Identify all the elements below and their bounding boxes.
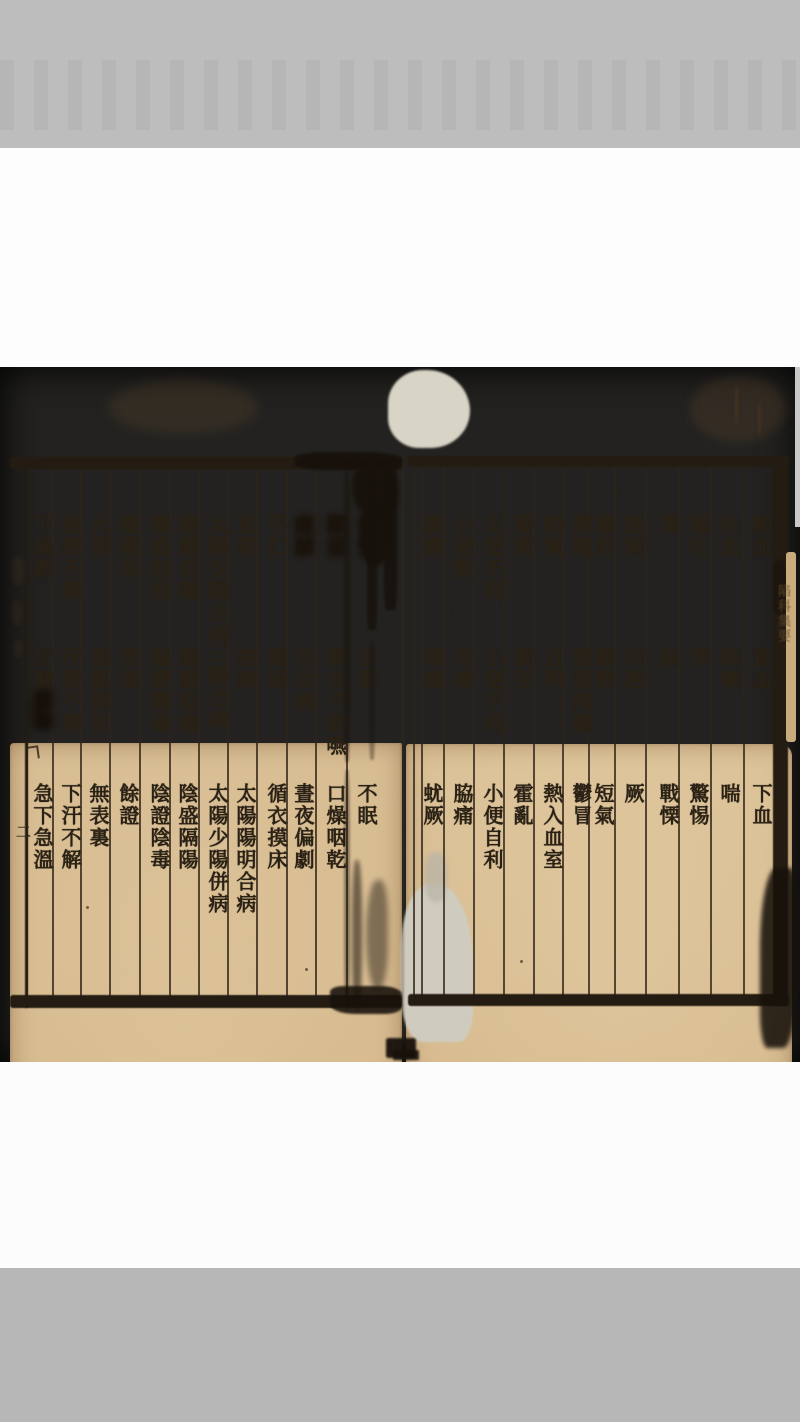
- ink-smear: [330, 986, 402, 1014]
- index-entry: 無表裏: [81, 783, 107, 849]
- index-entry: 嘔吐: [681, 514, 707, 558]
- index-entry: 勞復: [111, 647, 137, 691]
- ink-smear: [384, 460, 397, 610]
- index-entry: 陰盛隔陽: [170, 783, 196, 871]
- paper-stain: [690, 376, 786, 442]
- index-entry: 吐血: [712, 514, 738, 558]
- ink-smear: [344, 770, 350, 1010]
- index-entry: 痤諺: [286, 514, 312, 558]
- index-entry: 身痛: [445, 647, 471, 691]
- index-entry: 陽盛拒陰: [142, 514, 168, 602]
- folio-number: 二: [12, 824, 33, 839]
- index-entry: 發黃: [505, 514, 531, 558]
- column-rule: [139, 470, 141, 998]
- index-entry: 大邪: [81, 514, 107, 558]
- paper-speck: [142, 444, 145, 447]
- index-entry: 陰陽易: [111, 514, 137, 580]
- index-entry: 厥: [616, 783, 642, 805]
- index-entry: 太陽陽明合病: [228, 783, 254, 915]
- index-entry: 陰證似陽: [170, 514, 196, 602]
- index-entry: 瘈瘲: [564, 514, 590, 558]
- index-entry: 陰證陰毒: [142, 783, 168, 871]
- index-entry: 三陽合病: [200, 643, 226, 731]
- edge-bleed-mark: [12, 556, 24, 586]
- adjacent-leaf-edge: [786, 552, 796, 742]
- right-edge-sliver: [795, 367, 800, 527]
- index-entry: 太便不利: [475, 514, 501, 602]
- index-entry: 筋惕肉瞤: [564, 647, 590, 735]
- frame-border: [408, 456, 789, 467]
- paper-stain: [108, 380, 258, 434]
- index-entry: 自利: [535, 647, 561, 691]
- ink-smear: [367, 460, 377, 630]
- index-entry: 振: [651, 647, 677, 669]
- index-entry: 餘證: [111, 783, 137, 827]
- index-entry: 畜血: [744, 647, 770, 691]
- paper-speck: [668, 430, 671, 433]
- index-entry: 下後熱: [25, 514, 51, 580]
- index-entry: 熱入血室: [535, 783, 561, 871]
- paper-stain: [758, 402, 761, 436]
- paper-tear-patch: [388, 370, 470, 448]
- ink-smear: [760, 868, 796, 1048]
- column-rule: [678, 465, 680, 996]
- index-entry: 發狂: [505, 647, 531, 691]
- center-fold-crease: [402, 455, 404, 1043]
- paper-speck: [305, 968, 308, 971]
- viewer-gray-band-bottom: [0, 1268, 800, 1422]
- scanned-book-viewer: 衂血畜血下血吐血咳嗽喘嘔吐悸驚惕渴振戰慄搖頭四逆厥譫語鄭聲短氣瘈瘲筋惕肉瞤鬱冒動…: [0, 0, 800, 1422]
- ink-smear: [344, 462, 350, 762]
- index-entry: 喘: [712, 783, 738, 805]
- index-entry: 咽痛: [415, 647, 441, 691]
- index-entry: 口燥咽乾: [318, 783, 344, 871]
- column-rule: [645, 465, 647, 996]
- index-entry: 悸: [681, 647, 707, 669]
- index-entry: 衂血: [744, 514, 770, 558]
- paper-speck: [520, 960, 523, 963]
- viewer-gray-band-top: [0, 0, 800, 148]
- paper-speck: [618, 492, 621, 495]
- index-entry: 下汗不解: [53, 783, 79, 871]
- paper-tear-patch: [401, 884, 473, 1042]
- index-entry: 渴: [651, 514, 677, 536]
- index-entry: 腹痛: [415, 514, 441, 558]
- index-entry: 搖頭: [616, 514, 642, 558]
- index-entry: 漱釜: [318, 514, 344, 558]
- index-entry: 表裏俱見: [81, 647, 107, 735]
- index-entry: 驚惕: [681, 783, 707, 827]
- index-entry: 循衣摸床: [259, 783, 285, 871]
- index-entry: 蚘厥: [415, 783, 441, 827]
- index-entry: 晝夜偏劇: [286, 783, 312, 871]
- index-entry: 小便不利: [475, 647, 501, 735]
- viewer-white-band-top: [0, 148, 800, 367]
- column-rule: [256, 470, 258, 998]
- column-rule: [315, 470, 317, 998]
- paper-speck: [450, 612, 453, 615]
- index-entry: 陽證似陰: [170, 647, 196, 735]
- paper-speck: [86, 906, 89, 909]
- index-entry: 不眠: [349, 783, 375, 827]
- ink-smear: [366, 880, 388, 990]
- fold-center-caption: 陷科集要: [776, 584, 793, 644]
- index-entry: 惡寒: [25, 689, 51, 733]
- edge-bleed-mark: [12, 600, 22, 626]
- edge-bleed-mark: [14, 640, 22, 658]
- index-entry: 百合病: [286, 647, 312, 713]
- index-entry: 鬱冒: [564, 783, 590, 827]
- index-entry: 陽證陽毒: [142, 647, 168, 735]
- ink-smear: [369, 640, 375, 760]
- viewer-white-band-bottom: [0, 1062, 800, 1268]
- index-entry: 咳嗽: [712, 647, 738, 691]
- index-entry: 直視: [228, 514, 254, 558]
- index-entry: 太陽少陽併病: [200, 783, 226, 915]
- index-entry: 汗發: [25, 647, 51, 691]
- index-entry: 小便數: [445, 514, 471, 580]
- paper-stain: [735, 385, 738, 425]
- index-entry: 戰慄: [651, 783, 677, 827]
- index-entry: 汗發不解: [53, 647, 79, 735]
- index-entry: 漱水不欲嚥: [318, 647, 344, 757]
- index-entry: 四逆: [616, 647, 642, 691]
- paper-speck: [697, 571, 700, 574]
- index-entry: 痓病: [228, 647, 254, 691]
- index-entry: 不仁: [259, 514, 285, 558]
- index-entry: 小便自利: [475, 783, 501, 871]
- index-entry: 太陽少陽合病: [200, 514, 226, 646]
- margin-hook-mark: [27, 745, 40, 759]
- index-entry: 過經不解: [53, 514, 79, 602]
- index-entry: 下血: [744, 783, 770, 827]
- frame-border: [408, 994, 789, 1006]
- index-entry: 霍亂: [505, 783, 531, 827]
- ink-smear: [393, 1050, 419, 1060]
- index-entry: 動氣: [535, 514, 561, 558]
- index-entry: 脇痛: [445, 783, 471, 827]
- book-photo-area: [0, 367, 800, 1062]
- index-entry: 遺尿: [259, 647, 285, 691]
